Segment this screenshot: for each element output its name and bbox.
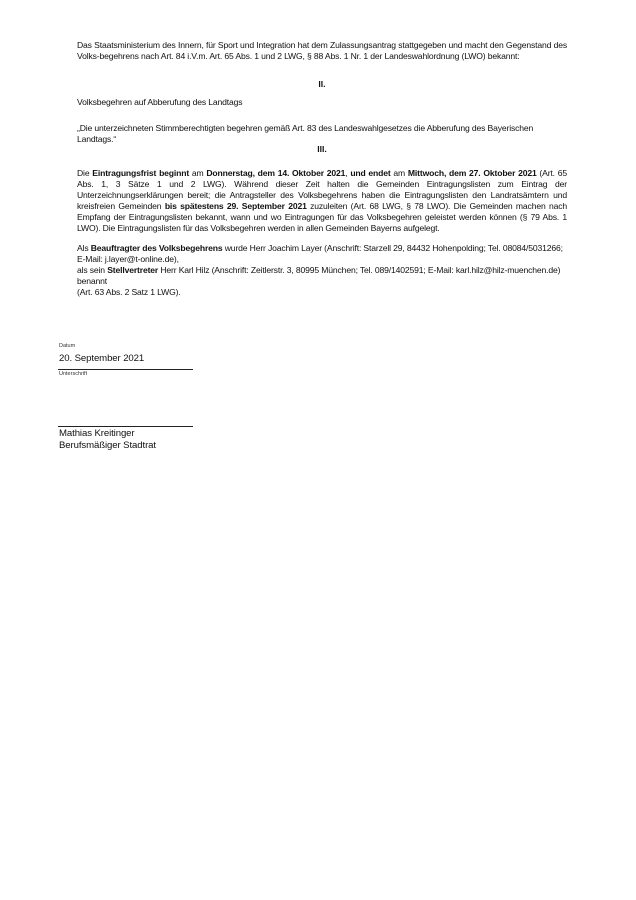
- text: am: [391, 168, 408, 178]
- date-rule: [58, 369, 193, 370]
- emphasis: Eintragungsfrist beginnt: [92, 168, 189, 178]
- text: Die: [77, 168, 92, 178]
- email-text: E-Mail: j.layer@t-online.de),: [77, 254, 179, 264]
- deadline-date: bis spätestens 29. September 2021: [165, 201, 307, 211]
- emphasis: und endet: [350, 168, 390, 178]
- signature-label: Unterschrift: [59, 371, 87, 378]
- line: als sein Stellvertreter Herr Karl Hilz (…: [77, 265, 567, 287]
- text: als sein: [77, 265, 107, 275]
- date-value: 20. September 2021: [59, 353, 144, 365]
- petition-title: Volksbegehren auf Abberufung des Landtag…: [77, 97, 567, 108]
- text: Als: [77, 243, 91, 253]
- section-3-heading: III.: [77, 144, 567, 155]
- text: am: [189, 168, 206, 178]
- signature-rule: [58, 426, 193, 427]
- representative-role: Beauftragter des Volksbegehrens: [91, 243, 223, 253]
- deputy-role: Stellvertreter: [107, 265, 158, 275]
- section-2-heading: II.: [77, 79, 567, 90]
- date-label: Datum: [59, 343, 75, 350]
- line: E-Mail: j.layer@t-online.de),: [77, 254, 567, 265]
- representatives-paragraph: Als Beauftragter des Volksbegehrens wurd…: [77, 243, 567, 298]
- end-date: Mittwoch, dem 27. Oktober 2021: [408, 168, 537, 178]
- petition-quote: „Die unterzeichneten Stimmberechtigten b…: [77, 123, 567, 145]
- signer-name: Mathias Kreitinger: [59, 428, 135, 440]
- text: wurde Herr Joachim Layer (Anschrift: Sta…: [223, 243, 563, 253]
- text: (Art. 63 Abs. 2 Satz 1 LWG).: [77, 287, 181, 297]
- line: Als Beauftragter des Volksbegehrens wurd…: [77, 243, 567, 254]
- registration-period-paragraph: Die Eintragungsfrist beginnt am Donnerst…: [77, 168, 567, 234]
- document-page: Das Staatsministerium des Innern, für Sp…: [0, 0, 636, 900]
- line: (Art. 63 Abs. 2 Satz 1 LWG).: [77, 287, 567, 298]
- intro-paragraph: Das Staatsministerium des Innern, für Sp…: [77, 40, 567, 62]
- signer-role: Berufsmäßiger Stadtrat: [59, 440, 156, 452]
- start-date: Donnerstag, dem 14. Oktober 2021: [206, 168, 345, 178]
